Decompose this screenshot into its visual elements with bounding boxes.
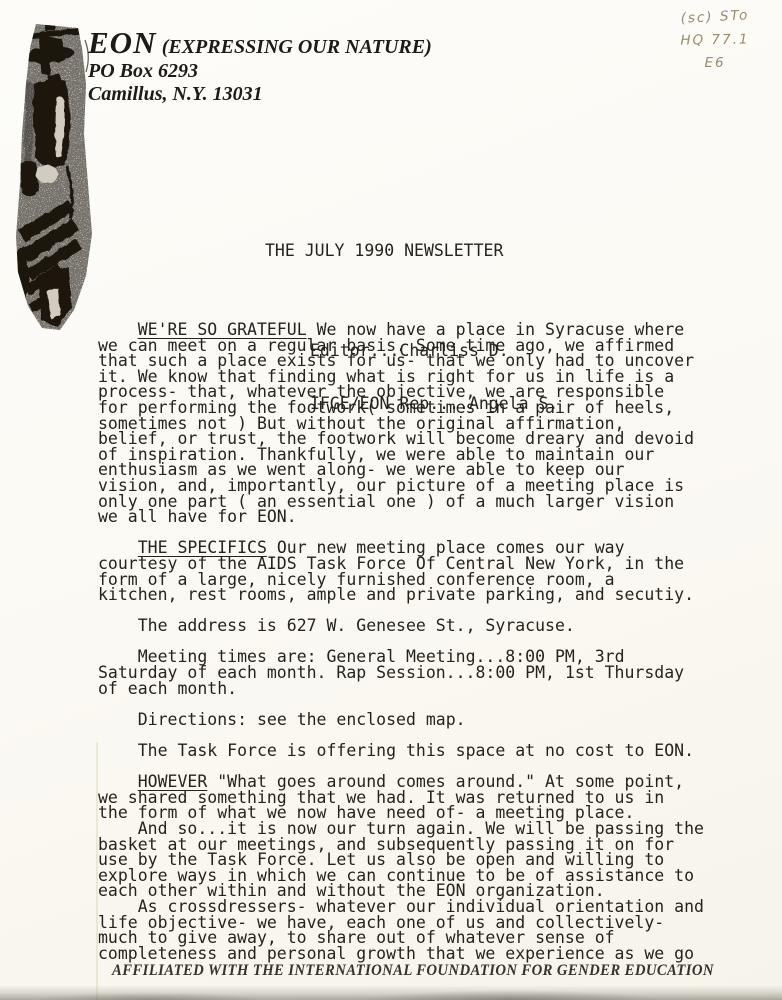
po-box-line: PO Box 6293 (88, 60, 432, 83)
section-heading: THE SPECIFICS (138, 538, 267, 557)
org-name: EON (88, 25, 156, 60)
woodcut-figure-svg (6, 14, 98, 332)
org-tagline: (EXPRESSING OUR NATURE) (162, 36, 432, 58)
paragraph: Directions: see the enclosed map. (98, 712, 723, 728)
woodcut-figure-illustration (6, 14, 98, 332)
section-heading: HOWEVER (138, 772, 208, 791)
affiliation-footer: AFFILIATED WITH THE INTERNATIONAL FOUNDA… (112, 962, 714, 980)
paragraph: The address is 627 W. Genesee St., Syrac… (98, 618, 723, 634)
paragraph: THE SPECIFICS Our new meeting place come… (98, 540, 723, 602)
section-heading: WE'RE SO GRATEFUL (138, 320, 307, 339)
paragraph: WE'RE SO GRATEFUL We now have a place in… (98, 322, 723, 525)
paragraph: HOWEVER "What goes around comes around."… (98, 774, 723, 961)
letterhead: EON (EXPRESSING OUR NATURE) PO Box 6293 … (88, 30, 432, 105)
city-line: Camillus, N.Y. 13031 (88, 83, 432, 106)
newsletter-title: THE JULY 1990 NEWSLETTER (265, 243, 558, 259)
newsletter-page: EON (EXPRESSING OUR NATURE) PO Box 6293 … (0, 0, 782, 1000)
body-text: WE'RE SO GRATEFUL We now have a place in… (98, 322, 723, 977)
paragraph: Meeting times are: General Meeting...8:0… (98, 649, 723, 696)
paper-crease (96, 742, 98, 1000)
scan-edge-shadow (0, 985, 782, 1000)
handwritten-annotations: (sc) STo HQ 77.1 E6 (660, 6, 770, 75)
handwritten-note: HQ 77.1 (660, 28, 770, 53)
org-title-line: EON (EXPRESSING OUR NATURE) (88, 30, 432, 60)
handwritten-note: E6 (660, 52, 770, 75)
paragraph: The Task Force is offering this space at… (98, 743, 723, 759)
